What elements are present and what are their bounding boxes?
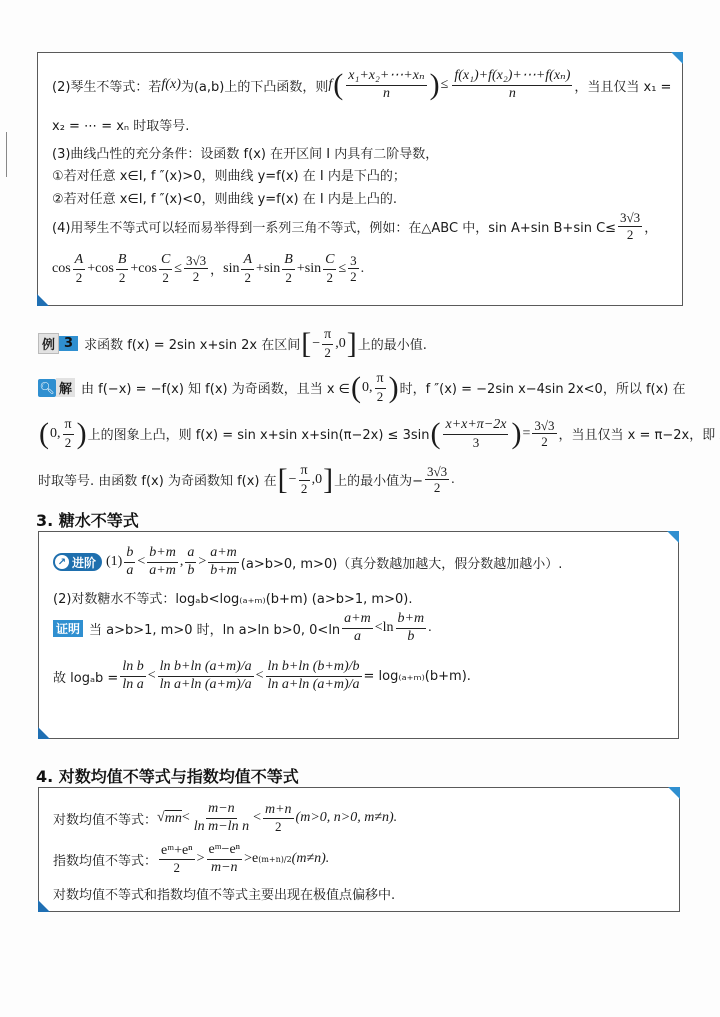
solution-text-b: 时，f ″(x) = −2sin x−4sin 2x<0，所以 f(x) 在	[400, 378, 686, 397]
lt: <	[148, 668, 156, 684]
frac-den: 2	[273, 819, 284, 834]
frac-den: 3	[471, 435, 482, 450]
gt: >	[197, 851, 205, 867]
bracket-left: [	[278, 465, 288, 495]
frac-num: m−n	[206, 802, 237, 819]
plus: +	[130, 261, 138, 277]
frac-middle: ln b+ln (a+m)/aln a+ln (a+m)/a	[158, 660, 254, 692]
frac-num: B	[116, 253, 129, 270]
frac-num: ln b+ln (a+m)/a	[158, 660, 254, 677]
paren-left: (	[333, 70, 343, 100]
frac-A-2: A2	[241, 253, 254, 284]
item1-line: ↗进阶 (1) ba < b+ma+m , ab > a+mb+m (a>b>0…	[53, 546, 562, 578]
item2-line: (2)琴生不等式：若 f(x) 为(a,b)上的下凸函数，则 f ( x₁+x₂…	[52, 69, 671, 101]
plus: +	[87, 261, 95, 277]
frac-den: 2	[348, 269, 359, 284]
cos: cos	[138, 261, 157, 277]
frac-bm-am: b+ma+m	[147, 546, 178, 578]
frac-num: π	[375, 372, 386, 389]
mean-inequality-box: 对数均值不等式： √mn < m−nln m−ln n < m+n2 (m>0,…	[38, 787, 680, 912]
frac-right: ln b+ln (b+m)/bln a+ln (a+m)/a	[266, 660, 362, 692]
frac-num: m+n	[263, 803, 294, 820]
item2-line2: x₂ = ⋯ = xₙ 时取等号.	[52, 115, 189, 134]
frac-rhs2: 32	[348, 254, 359, 284]
frac-num: 3√3	[184, 254, 208, 270]
frac-den: 2	[63, 435, 74, 450]
example-text-before: 求函数 f(x) = 2sin x+sin 2x 在区间	[84, 334, 300, 353]
advance-icon: ↗	[55, 555, 69, 569]
frac-arith-mean: m+n2	[263, 803, 294, 834]
frac-pi-2: π2	[375, 372, 386, 403]
sin: sin	[264, 261, 280, 277]
gt: >	[198, 554, 206, 570]
frac-B-2: B2	[116, 253, 129, 284]
frac-3root3-2: 3√32	[618, 211, 642, 241]
proof-text: 当 a>b>1, m>0 时，ln a>ln b>0, 0<ln	[89, 619, 340, 638]
exp-power: (m+n)/2	[258, 855, 291, 864]
frac-den: 2	[322, 345, 333, 360]
comma: ,	[180, 554, 184, 570]
frac-den: 2	[432, 480, 443, 495]
advance-label: 进阶	[72, 554, 96, 571]
plus: +	[297, 261, 305, 277]
frac-den: 2	[539, 434, 550, 449]
frac-num: π	[322, 328, 333, 345]
frac-num: C	[323, 253, 336, 270]
comma: ，	[210, 259, 223, 278]
item3-2: ②若对任意 x∈I, f ″(x)<0，则曲线 y=f(x) 在 I 内是上凸的…	[52, 188, 397, 207]
frac-num: b	[124, 546, 135, 563]
exp-label: 指数均值不等式：	[53, 850, 157, 869]
frac-rhs1: 3√32	[184, 254, 208, 284]
frac-den: b	[185, 563, 196, 579]
frac-num: B	[282, 253, 295, 270]
solution-line2: ( 0, π2 ) 上的图象上凸，则 f(x) = sin x+sin x+si…	[38, 418, 720, 449]
frac-num: 3	[348, 254, 359, 270]
paren-right: )	[430, 70, 440, 100]
solution-text-a: 上的图象上凸，则 f(x) = sin x+sin x+sin(π−2x) ≤ …	[88, 424, 430, 443]
frac-num: A	[73, 253, 86, 270]
paren-left: (	[351, 373, 361, 403]
margin-mark	[6, 132, 7, 177]
frac-b-a: ba	[124, 546, 135, 578]
frac-den: b+m	[208, 563, 239, 579]
frac-num: b+m	[396, 612, 427, 629]
frac-den: 2	[172, 860, 183, 875]
item4-text: (4)用琴生不等式可以轻而易举得到一系列三角不等式，例如：在△ABC 中，sin…	[52, 217, 616, 236]
sin: sin	[305, 261, 321, 277]
item4-line2: cos A2 + cos B2 + cos C2 ≤ 3√32 ， sin A2…	[52, 253, 364, 284]
frac-num: b+m	[147, 546, 178, 563]
comma: ，	[644, 217, 657, 236]
solution-text-b: ，当且仅当 x = π−2x，即 x =	[559, 424, 720, 443]
minus: −	[289, 472, 297, 488]
frac-C-2: C2	[159, 253, 172, 284]
solution-text-b: 上的最小值为−	[334, 470, 423, 489]
lt: <	[253, 810, 261, 826]
bracket-left: [	[301, 329, 311, 359]
lt: <	[137, 554, 145, 570]
frac-num: 3√3	[425, 465, 449, 481]
equals: =	[522, 426, 530, 442]
solution-line3: 时取等号. 由函数 f(x) 为奇函数知 f(x) 在 [ − π2 ,0 ] …	[38, 464, 455, 495]
sqrt-icon: √	[157, 810, 165, 826]
bracket-right: ]	[347, 329, 357, 359]
frac-mean: x+x+π−2x3	[443, 418, 508, 449]
bracket-right: ]	[323, 465, 333, 495]
period: .	[451, 472, 455, 488]
frac-den: 2	[117, 270, 128, 285]
example-number: 3	[59, 336, 78, 351]
period: .	[361, 261, 365, 277]
frac-am-a: a+ma	[342, 612, 373, 644]
item2-mid: 为(a,b)上的下凸函数，则	[181, 76, 329, 95]
sqrt-content: mn	[165, 810, 182, 827]
section3-heading: 3. 糖水不等式	[36, 508, 139, 531]
frac-den: 2	[283, 270, 294, 285]
item2-prefix: (2)琴生不等式：若	[52, 76, 161, 95]
sin: sin	[223, 261, 239, 277]
frac-lnb-lna: ln bln a	[120, 660, 145, 692]
exp-mean-line: 指数均值不等式： eᵐ+eⁿ2 > eᵐ−eⁿm−n > e(m+n)/2 (m…	[53, 843, 329, 875]
conclusion-prefix: 故 logₐb =	[53, 667, 118, 686]
zero: 0,	[50, 426, 61, 442]
leq: ≤	[338, 261, 346, 277]
cos: cos	[95, 261, 114, 277]
frac-num: f(x₁)+f(x₂)+⋯+f(xₙ)	[452, 69, 572, 86]
magnifier-icon: 🔍︎	[38, 379, 56, 397]
frac-den: a+m	[147, 563, 178, 579]
section4-heading: 4. 对数均值不等式与指数均值不等式	[36, 764, 299, 787]
item1-suffix: (a>b>0, m>0)（真分数越加越大，假分数越加越小）.	[241, 553, 563, 572]
frac-mean-f: f(x₁)+f(x₂)+⋯+f(xₙ)n	[452, 69, 572, 101]
paren-right: )	[511, 419, 521, 449]
item2-suffix: ，当且仅当 x₁ =	[574, 76, 671, 95]
frac-den: 2	[191, 269, 202, 284]
conclusion-line: 故 logₐb = ln bln a < ln b+ln (a+m)/aln a…	[53, 660, 471, 692]
frac-num: a+m	[208, 546, 239, 563]
frac-num: 3√3	[618, 211, 642, 227]
advance-tag: ↗进阶	[53, 553, 102, 571]
solution-tag: 解	[56, 378, 75, 397]
item2-f: f	[328, 77, 332, 93]
zero: ,0	[335, 336, 346, 352]
lt-ln: <ln	[375, 620, 394, 636]
frac-den: ln m−ln n	[192, 819, 251, 835]
frac-den: 2	[325, 270, 336, 285]
frac-den: 2	[160, 270, 171, 285]
item2-line: (2)对数糖水不等式：logₐb<log₍ₐ₊ₘ₎(b+m) (a>b>1, m…	[53, 588, 412, 607]
frac-mean-x: x₁+x₂+⋯+xₙn	[346, 69, 426, 101]
item2-fx: f(x)	[161, 77, 180, 93]
frac-num: 3√3	[532, 419, 556, 435]
plus: +	[256, 261, 264, 277]
frac-num: a+m	[342, 612, 373, 629]
frac-a-b: ab	[185, 546, 196, 578]
item1-prefix: (1)	[106, 554, 122, 570]
log-label: 对数均值不等式：	[53, 809, 157, 828]
frac-3root3-2: 3√32	[532, 419, 556, 449]
leq: ≤	[441, 77, 449, 93]
frac-B-2: B2	[282, 253, 295, 284]
cos: cos	[52, 261, 71, 277]
frac-log-mean: m−nln m−ln n	[192, 802, 251, 834]
frac-num: ln b+ln (b+m)/b	[266, 660, 362, 677]
frac-C-2: C2	[323, 253, 336, 284]
frac-den: 2	[74, 270, 85, 285]
frac-den: ln a+ln (a+m)/a	[158, 677, 254, 693]
log-mean-line: 对数均值不等式： √mn < m−nln m−ln n < m+n2 (m>0,…	[53, 802, 397, 834]
period: .	[428, 620, 432, 636]
paren-left: (	[39, 419, 49, 449]
frac-den: b	[405, 629, 416, 645]
frac-A-2: A2	[73, 253, 86, 284]
frac-num: a	[185, 546, 196, 563]
frac-den: ln a+ln (a+m)/a	[266, 677, 362, 693]
item4-line: (4)用琴生不等式可以轻而易举得到一系列三角不等式，例如：在△ABC 中，sin…	[52, 211, 657, 241]
paren-right: )	[77, 419, 87, 449]
log-condition: (m>0, n>0, m≠n).	[296, 810, 398, 826]
conclusion-suffix: = log₍ₐ₊ₘ₎(b+m).	[364, 669, 471, 684]
frac-pi-2: π2	[299, 464, 310, 495]
frac-den: 2	[243, 270, 254, 285]
note-line: 对数均值不等式和指数均值不等式主要出现在极值点偏移中.	[53, 884, 395, 903]
frac-den: n	[381, 86, 392, 102]
paren-right: )	[389, 373, 399, 403]
solution-line1: 🔍︎ 解 由 f(−x) = −f(x) 知 f(x) 为奇函数，且当 x ∈ …	[38, 372, 686, 403]
frac-bm-b: b+mb	[396, 612, 427, 644]
frac-3root3-2: 3√32	[425, 465, 449, 495]
frac-exp-log: eᵐ−eⁿm−n	[207, 843, 243, 875]
frac-den: n	[507, 86, 518, 102]
example-text-after: 上的最小值.	[358, 334, 427, 353]
frac-den: a	[352, 629, 363, 645]
frac-num: x₁+x₂+⋯+xₙ	[346, 69, 426, 86]
frac-den: m−n	[209, 860, 240, 876]
zero: ,0	[312, 472, 323, 488]
frac-exp-arith: eᵐ+eⁿ2	[159, 844, 195, 875]
frac-den: 2	[375, 389, 386, 404]
frac-den: ln a	[120, 677, 145, 693]
jensen-box: (2)琴生不等式：若 f(x) 为(a,b)上的下凸函数，则 f ( x₁+x₂…	[37, 52, 683, 306]
example-3: 例 3 求函数 f(x) = 2sin x+sin 2x 在区间 [ − π2 …	[38, 328, 427, 359]
frac-pi-2: π2	[322, 328, 333, 359]
frac-num: x+x+π−2x	[443, 418, 508, 435]
zero: 0,	[362, 380, 373, 396]
frac-num: eᵐ−eⁿ	[207, 843, 243, 860]
gt: >	[244, 851, 252, 867]
leq: ≤	[174, 261, 182, 277]
solution-text-a: 由 f(−x) = −f(x) 知 f(x) 为奇函数，且当 x ∈	[81, 378, 350, 397]
frac-num: ln b	[120, 660, 145, 677]
frac-num: eᵐ+eⁿ	[159, 844, 195, 861]
item3: (3)曲线凸性的充分条件：设函数 f(x) 在开区间 I 内具有二阶导数，	[52, 143, 438, 162]
example-tag: 例	[38, 333, 59, 354]
frac-num: A	[241, 253, 254, 270]
frac-num: π	[63, 418, 74, 435]
lt: <	[256, 668, 264, 684]
exp-condition: (m≠n).	[292, 851, 330, 867]
proof-line: 证明 当 a>b>1, m>0 时，ln a>ln b>0, 0<ln a+ma…	[53, 612, 432, 644]
frac-den: a	[124, 563, 135, 579]
frac-den: 2	[299, 481, 310, 496]
item3-1: ①若对任意 x∈I, f ″(x)>0，则曲线 y=f(x) 在 I 内是下凸的…	[52, 165, 406, 184]
proof-tag: 证明	[53, 620, 83, 637]
lt: <	[182, 810, 190, 826]
frac-den: 2	[625, 227, 636, 242]
solution-text-a: 时取等号. 由函数 f(x) 为奇函数知 f(x) 在	[38, 470, 277, 489]
sugar-water-box: ↗进阶 (1) ba < b+ma+m , ab > a+mb+m (a>b>0…	[38, 531, 679, 739]
frac-num: π	[299, 464, 310, 481]
paren-left: (	[430, 419, 440, 449]
frac-am-bm: a+mb+m	[208, 546, 239, 578]
minus: −	[312, 336, 320, 352]
frac-num: C	[159, 253, 172, 270]
frac-pi-2: π2	[63, 418, 74, 449]
